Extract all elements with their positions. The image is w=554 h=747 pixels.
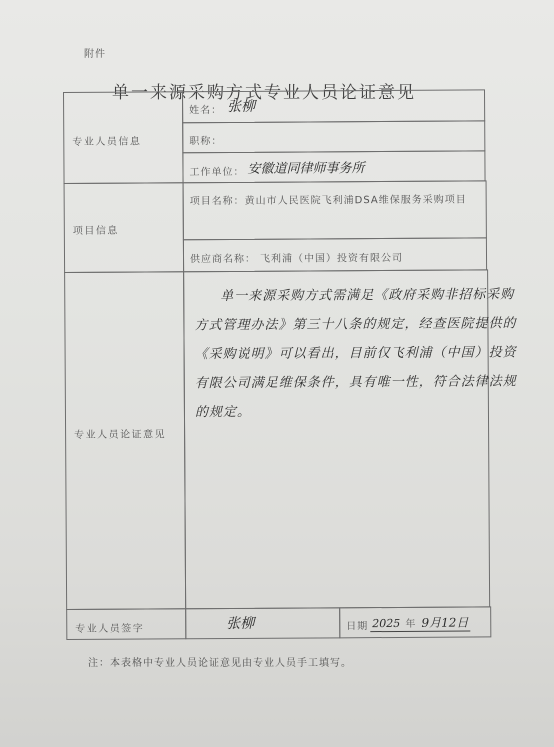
certification-form: 专业人员信息 姓名： 张柳 职称： 工作单位： 安徽道同律师事务所 项目信息 项… [63,89,546,640]
title-label: 职称： [189,132,222,147]
attachment-label: 附件 [84,45,106,60]
personnel-info-label-cell: 专业人员信息 [63,91,184,184]
name-label: 姓名： [189,101,222,116]
employer-label: 工作单位： [189,163,244,178]
date-value: 2025 年 9月12日 [370,612,470,633]
name-row: 姓名： 张柳 [182,89,485,123]
opinion-label: 专业人员论证意见 [74,422,174,449]
project-name-text: 项目名称：黄山市人民医院飞利浦DSA维保服务采购项目 [190,189,480,213]
opinion-text: 单一来源采购方式需满足《政府采购非招标采购方式管理办法》第三十八条的规定，经查医… [194,280,525,427]
signature-value: 张柳 [226,613,254,633]
project-name-row: 项目名称：黄山市人民医院飞利浦DSA维保服务采购项目 [183,180,487,240]
project-name-label: 项目名称： [190,196,245,207]
title-row: 职称： [182,120,485,153]
name-value: 张柳 [227,96,255,116]
employer-row: 工作单位： 安徽道同律师事务所 [182,150,485,183]
opinion-label-cell: 专业人员论证意见 [64,271,186,610]
signature-label-cell: 专业人员签字 [66,608,186,640]
supplier-label: 供应商名称： [190,250,256,265]
project-name-value: 黄山市人民医院飞利浦DSA维保服务采购项目 [245,195,467,207]
document-page: 附件 单一来源采购方式专业人员论证意见 专业人员信息 姓名： 张柳 职称： 工作… [0,0,554,747]
date-month-day: 9月12日 [421,616,468,630]
project-info-label: 项目信息 [73,222,119,237]
employer-value: 安徽道同律师事务所 [247,157,364,177]
supplier-row: 供应商名称： 飞利浦（中国）投资有限公司 [183,237,487,272]
project-info-label-cell: 项目信息 [64,182,185,273]
opinion-content-cell: 单一来源采购方式需满足《政府采购非招标采购方式管理办法》第三十八条的规定，经查医… [183,269,490,609]
footnote: 注：本表格中专业人员论证意见由专业人员手工填写。 [88,654,352,669]
personnel-info-label: 专业人员信息 [72,133,141,148]
date-year-char: 年 [405,619,416,630]
date-label: 日期 [346,617,368,632]
date-year: 2025 [372,617,400,630]
supplier-value: 飞利浦（中国）投资有限公司 [260,249,403,265]
signature-label: 专业人员签字 [75,620,144,635]
date-cell: 日期 2025 年 9月12日 [339,606,491,638]
signature-cell: 张柳 [185,607,340,639]
